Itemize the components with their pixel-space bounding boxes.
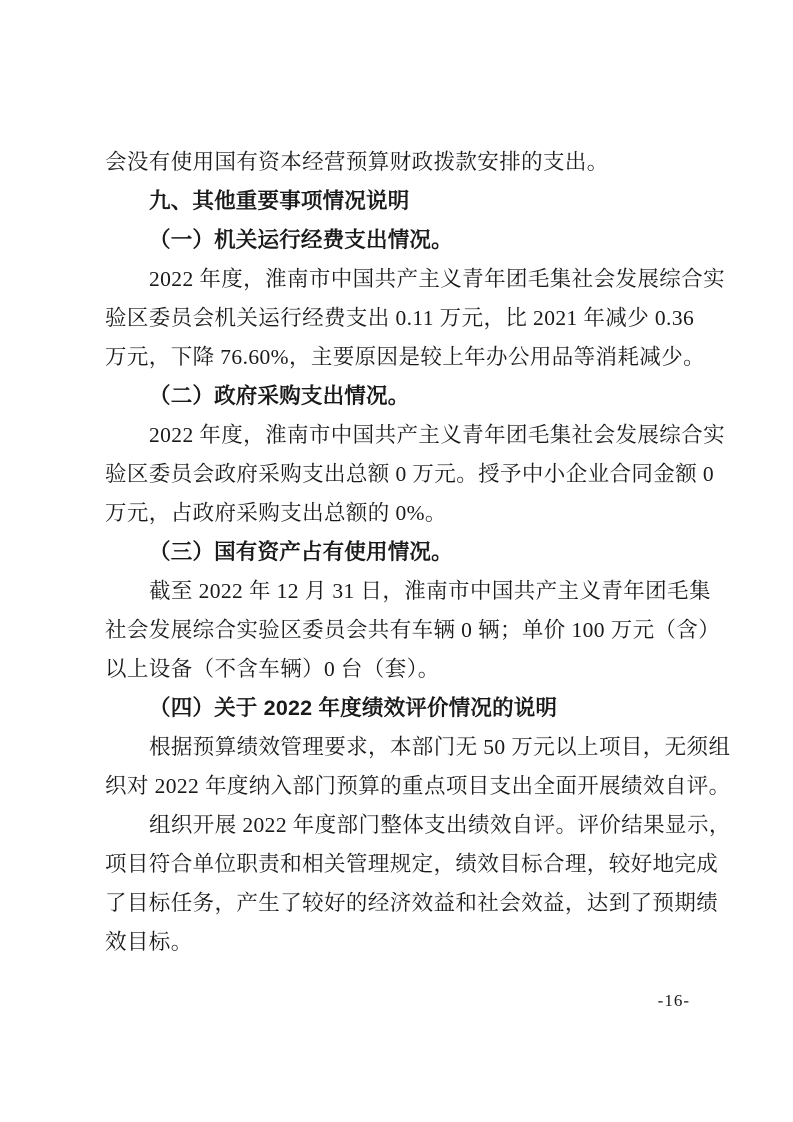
section-heading: （四）关于 2022 年度绩效评价情况的说明 xyxy=(105,689,691,728)
text-line: 会没有使用国有资本经营预算财政拨款安排的支出。 xyxy=(105,143,691,182)
page-number: -16- xyxy=(658,991,690,1011)
text-line: 以上设备（不含车辆）0 台（套）。 xyxy=(105,650,691,689)
text-line: 织对 2022 年度纳入部门预算的重点项目支出全面开展绩效自评。 xyxy=(105,767,691,806)
text-line: 效目标。 xyxy=(105,923,691,962)
text-line: 截至 2022 年 12 月 31 日，淮南市中国共产主义青年团毛集 xyxy=(105,572,691,611)
text-line: 2022 年度，淮南市中国共产主义青年团毛集社会发展综合实 xyxy=(105,416,691,455)
text-line: 验区委员会政府采购支出总额 0 万元。授予中小企业合同金额 0 xyxy=(105,455,691,494)
text-line: 万元，下降 76.60%，主要原因是较上年办公用品等消耗减少。 xyxy=(105,338,691,377)
text-line: 了目标任务，产生了较好的经济效益和社会效益，达到了预期绩 xyxy=(105,884,691,923)
text-line: 万元，占政府采购支出总额的 0%。 xyxy=(105,494,691,533)
document-page: 会没有使用国有资本经营预算财政拨款安排的支出。九、其他重要事项情况说明（一）机关… xyxy=(0,0,793,1122)
text-line: 验区委员会机关运行经费支出 0.11 万元，比 2021 年减少 0.36 xyxy=(105,299,691,338)
text-line: 组织开展 2022 年度部门整体支出绩效自评。评价结果显示， xyxy=(105,806,691,845)
section-heading: 九、其他重要事项情况说明 xyxy=(105,182,691,221)
section-heading: （一）机关运行经费支出情况。 xyxy=(105,221,691,260)
text-line: 根据预算绩效管理要求，本部门无 50 万元以上项目，无须组 xyxy=(105,728,691,767)
text-line: 社会发展综合实验区委员会共有车辆 0 辆；单价 100 万元（含） xyxy=(105,611,691,650)
section-heading: （三）国有资产占有使用情况。 xyxy=(105,533,691,572)
document-body: 会没有使用国有资本经营预算财政拨款安排的支出。九、其他重要事项情况说明（一）机关… xyxy=(105,143,691,962)
text-line: 项目符合单位职责和相关管理规定，绩效目标合理，较好地完成 xyxy=(105,845,691,884)
section-heading: （二）政府采购支出情况。 xyxy=(105,377,691,416)
text-line: 2022 年度，淮南市中国共产主义青年团毛集社会发展综合实 xyxy=(105,260,691,299)
